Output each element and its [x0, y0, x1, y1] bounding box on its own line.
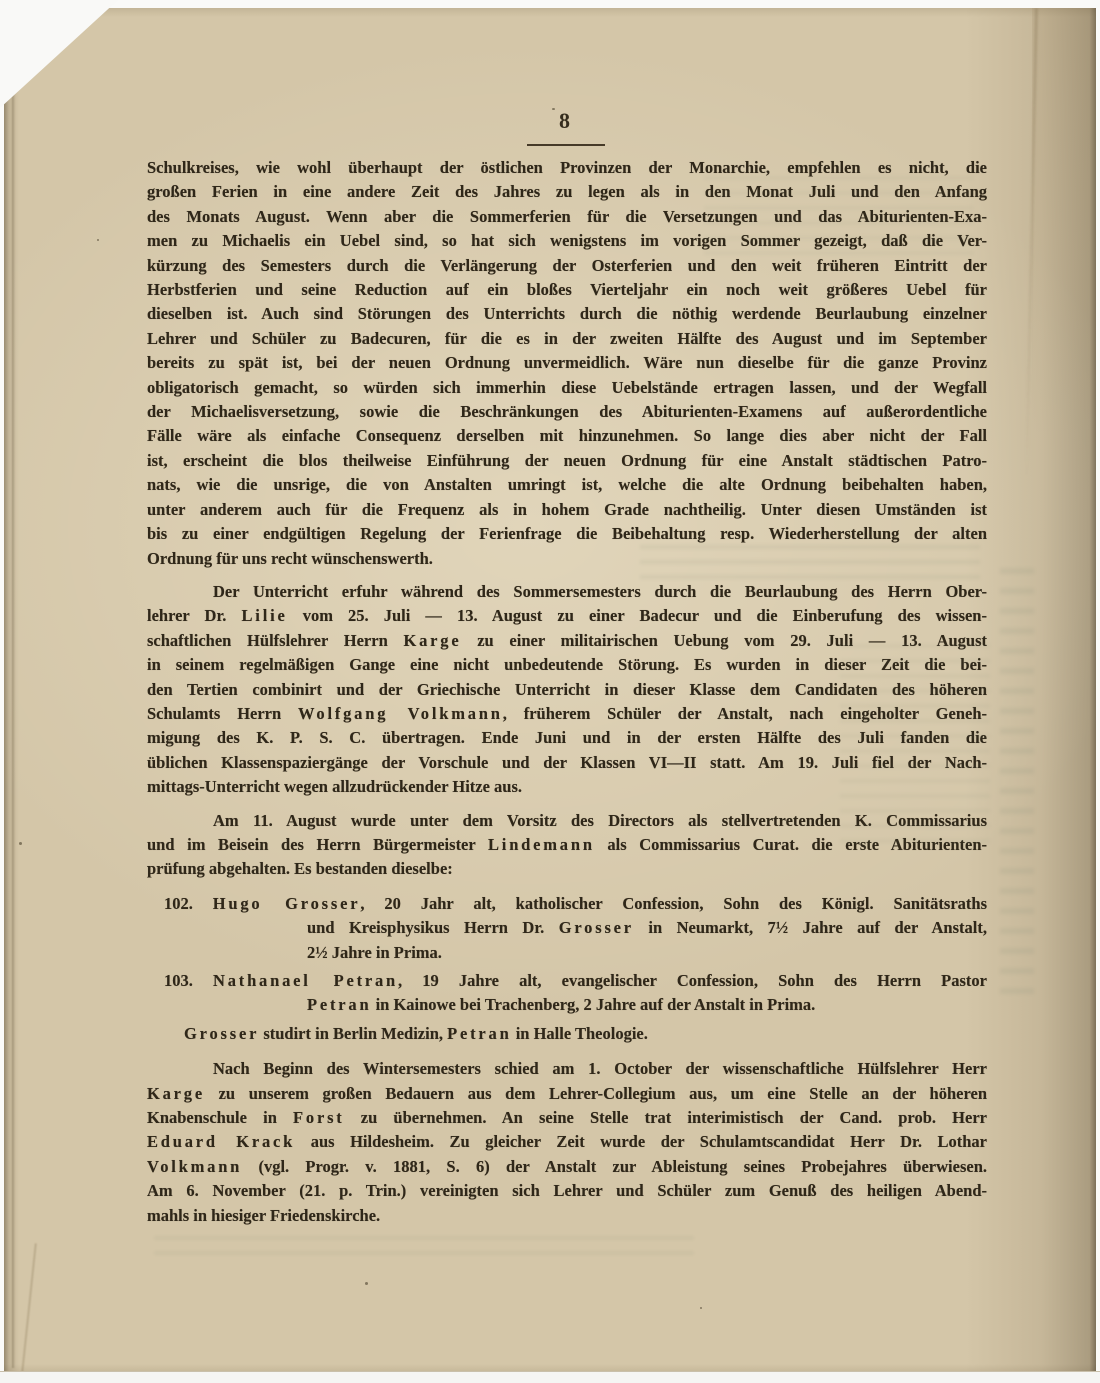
text-run: den Tertien combinirt und der Griechisch… — [147, 680, 987, 699]
person-name: Petran — [447, 1024, 511, 1043]
text-line: obligatorisch gemacht, so würden sich im… — [147, 376, 987, 400]
text-run: (vgl. Progr. v. 1881, S. 6) der Anstalt … — [242, 1157, 987, 1176]
person-name: Forst — [293, 1108, 345, 1127]
text-run: Am 11. August wurde unter dem Vorsitz de… — [213, 811, 987, 830]
text-run: prüfung abgehalten. Es bestanden dieselb… — [147, 859, 453, 878]
text-line: Karge zu unserem großen Bedauern aus dem… — [147, 1082, 987, 1106]
text-run: unter anderem auch für die Frequenz als … — [147, 500, 987, 519]
paragraph: Nach Beginn des Wintersemesters schied a… — [147, 1057, 987, 1228]
dust-speck — [19, 842, 22, 845]
text-run: Ordnung für uns recht wünschenswerth. — [147, 549, 433, 568]
text-line: großen Ferien in eine andere Zeit des Ja… — [147, 180, 987, 204]
binding-crease — [12, 28, 15, 1368]
text-line: Ordnung für uns recht wünschenswerth. — [147, 547, 987, 571]
person-name: Eduard Krack — [147, 1132, 295, 1151]
text-run: und im Beisein des Herrn Bürgermeister — [147, 835, 488, 854]
person-name: Grosser — [184, 1024, 259, 1043]
text-line: der Michaelisversetzung, sowie die Besch… — [147, 400, 987, 424]
text-line: 102. Hugo Grosser, 20 Jahr alt, katholis… — [147, 892, 987, 916]
text-run: migung des K. P. S. C. übertragen. Ende … — [147, 728, 987, 747]
paragraph: Der Unterricht erfuhr während des Sommer… — [147, 580, 987, 800]
text-line: und im Beisein des Herrn Bürgermeister L… — [147, 833, 987, 857]
text-line: ist, erscheint die blos theilweise Einfü… — [147, 449, 987, 473]
bleed-through-artifact — [154, 1236, 694, 1262]
person-name: Wolfgang Volkmann — [298, 704, 503, 723]
text-run: Lehrer und Schüler zu Badecuren, für die… — [147, 329, 987, 348]
text-line: Fälle wäre als einfache Consequenz derse… — [147, 424, 987, 448]
text-line: 103. Nathanael Petran, 19 Jahre alt, eva… — [147, 969, 987, 993]
text-run: Herbstferien und seine Reduction auf ein… — [147, 280, 987, 299]
text-run: lehrer Dr. — [147, 606, 242, 625]
text-run: 102. — [164, 894, 213, 913]
person-name: Hugo Grosser — [213, 894, 361, 913]
text-run: bereits zu spät ist, bei der neuen Ordnu… — [147, 353, 987, 372]
scanner-bed-bottom — [0, 1371, 1100, 1383]
person-name: Karge — [403, 631, 461, 650]
text-run: und Kreisphysikus Herrn Dr. — [307, 918, 559, 937]
person-name: Karge — [147, 1084, 205, 1103]
paragraph: Grosser studirt in Berlin Medizin, Petra… — [147, 1022, 987, 1046]
text-line: Grosser studirt in Berlin Medizin, Petra… — [147, 1022, 987, 1046]
text-run: in Halle Theologie. — [512, 1024, 648, 1043]
text-line: Eduard Krack aus Hildesheim. Zu gleicher… — [147, 1130, 987, 1154]
text-run: üblichen Klassenspaziergänge der Vorschu… — [147, 753, 987, 772]
text-line: in seinem regelmäßigen Gange eine nicht … — [147, 653, 987, 677]
bleed-through-artifact — [1000, 568, 1034, 998]
text-run: studirt in Berlin Medizin, — [259, 1024, 447, 1043]
dust-speck — [365, 1282, 368, 1285]
text-line: Herbstferien und seine Reduction auf ein… — [147, 278, 987, 302]
paragraph: Schulkreises, wie wohl überhaupt der öst… — [147, 156, 987, 571]
text-line: kürzung des Semesters durch die Verlänge… — [147, 254, 987, 278]
paragraph: Am 11. August wurde unter dem Vorsitz de… — [147, 809, 987, 882]
text-run: Nach Beginn des Wintersemesters schied a… — [213, 1059, 987, 1078]
text-run: in Kainowe bei Trachenberg, 2 Jahre auf … — [371, 995, 815, 1014]
text-run: zu unserem großen Bedauern aus dem Lehre… — [205, 1084, 987, 1103]
text-run: Fälle wäre als einfache Consequenz derse… — [147, 426, 987, 445]
dust-speck — [97, 239, 99, 241]
text-run: des Monats August. Wenn aber die Sommerf… — [147, 207, 987, 226]
person-name: Grosser — [559, 918, 634, 937]
header-rule — [527, 144, 605, 146]
text-line: Lehrer und Schüler zu Badecuren, für die… — [147, 327, 987, 351]
text-line: üblichen Klassenspaziergänge der Vorschu… — [147, 751, 987, 775]
text-run: ist, erscheint die blos theilweise Einfü… — [147, 451, 987, 470]
text-run: 2½ Jahre in Prima. — [307, 943, 442, 962]
text-run: in Neumarkt, 7½ Jahre auf der Anstalt, — [634, 918, 987, 937]
text-line: den Tertien combinirt und der Griechisch… — [147, 678, 987, 702]
text-line: Schulamts Herrn Wolfgang Volkmann, frühe… — [147, 702, 987, 726]
text-run: , früherem Schüler der Anstalt, nach ein… — [503, 704, 987, 723]
text-run: als Commissarius Curat. die erste Abitur… — [595, 835, 987, 854]
text-run: zu übernehmen. An seine Stelle trat inte… — [345, 1108, 987, 1127]
person-name: Lindemann — [488, 835, 595, 854]
text-run: in seinem regelmäßigen Gange eine nicht … — [147, 655, 987, 674]
text-line: Am 11. August wurde unter dem Vorsitz de… — [147, 809, 987, 833]
text-line: men zu Michaelis ein Uebel sind, so hat … — [147, 229, 987, 253]
text-run: der Michaelisversetzung, sowie die Besch… — [147, 402, 987, 421]
paragraph: 103. Nathanael Petran, 19 Jahre alt, eva… — [147, 969, 987, 1018]
person-name: Volkmann — [147, 1157, 242, 1176]
dust-speck — [700, 1307, 702, 1309]
text-line: mahls in hiesiger Friedenskirche. — [147, 1204, 987, 1228]
text-run: Schulamts Herrn — [147, 704, 298, 723]
person-name: Lilie — [242, 606, 288, 625]
text-run: aus Hildesheim. Zu gleicher Zeit wurde d… — [295, 1132, 987, 1151]
paragraph: 102. Hugo Grosser, 20 Jahr alt, katholis… — [147, 892, 987, 965]
text-line: Am 6. November (21. p. Trin.) vereinigte… — [147, 1179, 987, 1203]
text-line: lehrer Dr. Lilie vom 25. Juli — 13. Augu… — [147, 604, 987, 628]
text-run: nats, wie die unsrige, die von Anstalten… — [147, 475, 987, 494]
text-run: , 19 Jahre alt, evangelischer Confession… — [398, 971, 987, 990]
text-run: großen Ferien in eine andere Zeit des Ja… — [147, 182, 987, 201]
text-run: Am 6. November (21. p. Trin.) vereinigte… — [147, 1181, 987, 1200]
text-run: 103. — [164, 971, 213, 990]
text-line: bereits zu spät ist, bei der neuen Ordnu… — [147, 351, 987, 375]
person-name: Nathanael Petran — [213, 971, 398, 990]
text-line: Volkmann (vgl. Progr. v. 1881, S. 6) der… — [147, 1155, 987, 1179]
text-line: unter anderem auch für die Frequenz als … — [147, 498, 987, 522]
text-run: men zu Michaelis ein Uebel sind, so hat … — [147, 231, 987, 250]
text-line: des Monats August. Wenn aber die Sommerf… — [147, 205, 987, 229]
text-line: bis zu einer endgültigen Regelung der Fe… — [147, 522, 987, 546]
text-line: prüfung abgehalten. Es bestanden dieselb… — [147, 857, 987, 881]
text-run: zu einer militairischen Uebung vom 29. J… — [461, 631, 987, 650]
text-run: bis zu einer endgültigen Regelung der Fe… — [147, 524, 987, 543]
text-run: , 20 Jahr alt, katholischer Confession, … — [360, 894, 987, 913]
text-line: Petran in Kainowe bei Trachenberg, 2 Jah… — [147, 993, 987, 1017]
scanned-page: 8 Schulkreises, wie wohl überhaupt der ö… — [0, 0, 1100, 1383]
text-line: dieselben ist. Auch sind Störungen des U… — [147, 302, 987, 326]
person-name: Petran — [307, 995, 371, 1014]
text-line: Schulkreises, wie wohl überhaupt der öst… — [147, 156, 987, 180]
text-run: schaftlichen Hülfslehrer Herrn — [147, 631, 403, 650]
dust-speck — [552, 108, 555, 110]
scanner-bed-top — [0, 0, 1100, 8]
text-line: und Kreisphysikus Herrn Dr. Grosser in N… — [147, 916, 987, 940]
paper-shading — [1032, 8, 1096, 438]
text-line: mittags-Unterricht wegen allzudrückender… — [147, 775, 987, 799]
text-run: dieselben ist. Auch sind Störungen des U… — [147, 304, 987, 323]
paper-crease — [21, 1243, 37, 1372]
text-line: Knabenschule in Forst zu übernehmen. An … — [147, 1106, 987, 1130]
text-run: obligatorisch gemacht, so würden sich im… — [147, 378, 987, 397]
text-line: Nach Beginn des Wintersemesters schied a… — [147, 1057, 987, 1081]
text-line: migung des K. P. S. C. übertragen. Ende … — [147, 726, 987, 750]
text-run: Der Unterricht erfuhr während des Sommer… — [213, 582, 987, 601]
page-number: 8 — [485, 108, 645, 134]
text-run: kürzung des Semesters durch die Verlänge… — [147, 256, 987, 275]
text-run: Schulkreises, wie wohl überhaupt der öst… — [147, 158, 987, 177]
text-run: mittags-Unterricht wegen allzudrückender… — [147, 777, 522, 796]
text-body: Schulkreises, wie wohl überhaupt der öst… — [147, 156, 987, 1228]
text-run: mahls in hiesiger Friedenskirche. — [147, 1206, 380, 1225]
text-line: 2½ Jahre in Prima. — [147, 941, 987, 965]
text-run: vom 25. Juli — 13. August zu einer Badec… — [288, 606, 987, 625]
text-line: Der Unterricht erfuhr während des Sommer… — [147, 580, 987, 604]
text-line: schaftlichen Hülfslehrer Herrn Karge zu … — [147, 629, 987, 653]
paper-sheet: 8 Schulkreises, wie wohl überhaupt der ö… — [4, 8, 1096, 1372]
text-line: nats, wie die unsrige, die von Anstalten… — [147, 473, 987, 497]
text-run: Knabenschule in — [147, 1108, 293, 1127]
